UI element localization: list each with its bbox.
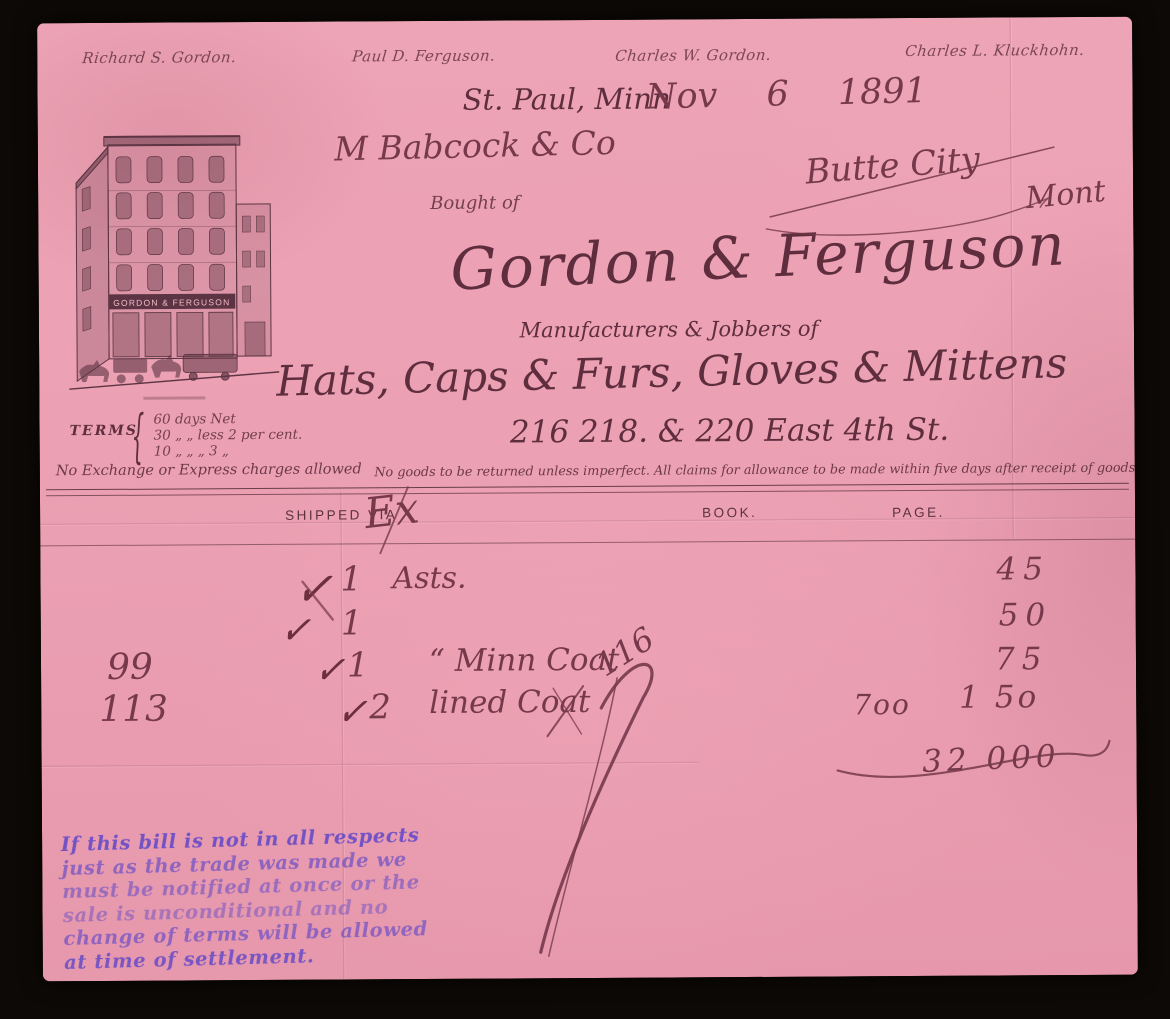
building-illustration: GORDON & FERGUSON	[63, 86, 283, 432]
date-handwritten: Nov 6 1891	[645, 71, 927, 118]
item-price: 1 5o	[959, 679, 1039, 715]
address-line: 216 218. & 220 East 4th St.	[419, 411, 1039, 451]
place-dateline-printed: St. Paul, Minn	[462, 81, 670, 116]
billhead-sheet: Richard S. Gordon. Paul D. Ferguson. Cha…	[37, 17, 1138, 982]
building-sign: GORDON & FERGUSON	[113, 297, 230, 308]
item-desc: lined Coat	[429, 684, 590, 721]
item-lot-number: 99	[107, 647, 153, 688]
photo-of-billhead: { "colors": { "paper": "#eda4b6", "print…	[0, 0, 1170, 1019]
streetcar-illustration	[183, 354, 237, 380]
terms-note: No Exchange or Express charges allowed	[56, 461, 362, 479]
bought-of-label: Bought of	[430, 192, 519, 214]
customer-name-handwritten: M Babcock & Co	[334, 123, 616, 169]
partner-name: Paul D. Ferguson.	[351, 47, 496, 66]
conditions-line: No goods to be returned unless imperfect…	[370, 461, 1140, 481]
item-price: 75	[995, 641, 1049, 677]
item-lot-number: 113	[99, 689, 168, 730]
item-desc: Asts.	[392, 561, 466, 596]
item-qty: 1	[347, 645, 369, 685]
page-label: PAGE.	[892, 505, 945, 520]
ship-row-rule	[40, 539, 1135, 547]
terms-line-2: 30 „ „ less 2 per cent.	[154, 427, 303, 444]
item-price: 7oo	[853, 688, 911, 721]
checkmark: ✓	[334, 686, 369, 739]
customer-city-handwritten: Butte City	[804, 139, 981, 192]
terms-line-1: 60 days Net	[153, 411, 235, 428]
terms-brace: {	[131, 401, 144, 471]
header-divider-rule	[46, 483, 1129, 497]
terms-label: TERMS	[70, 423, 138, 439]
rubber-stamp-text: If this bill is not in all respects just…	[61, 823, 429, 974]
item-qty: 1	[340, 559, 362, 599]
shipped-via-handwritten: Ex	[362, 483, 421, 538]
paper-crease-horizontal	[42, 761, 699, 768]
item-qty: 2	[369, 687, 391, 727]
partner-name: Richard S. Gordon.	[81, 48, 237, 67]
item-price: 45	[996, 551, 1050, 587]
checkmark: ✓	[278, 604, 313, 657]
book-label: BOOK.	[702, 505, 757, 520]
paper-crease-horizontal	[40, 517, 1135, 527]
item-desc: “ Minn Coat	[429, 642, 620, 679]
company-name: Gordon & Ferguson	[397, 208, 1119, 305]
company-tagline: Manufacturers & Jobbers of	[479, 316, 859, 342]
item-qty: 1	[341, 603, 363, 643]
terms-line-3: 10 „ „ „ 3 „	[154, 443, 229, 459]
item-price: 50	[999, 597, 1053, 633]
total-amount-handwritten: 32 000	[922, 738, 1062, 780]
partner-name: Charles L. Kluckhohn.	[904, 41, 1085, 60]
products-line: Hats, Caps & Furs, Gloves & Mittens	[264, 338, 1080, 406]
partner-name: Charles W. Gordon.	[614, 46, 772, 65]
